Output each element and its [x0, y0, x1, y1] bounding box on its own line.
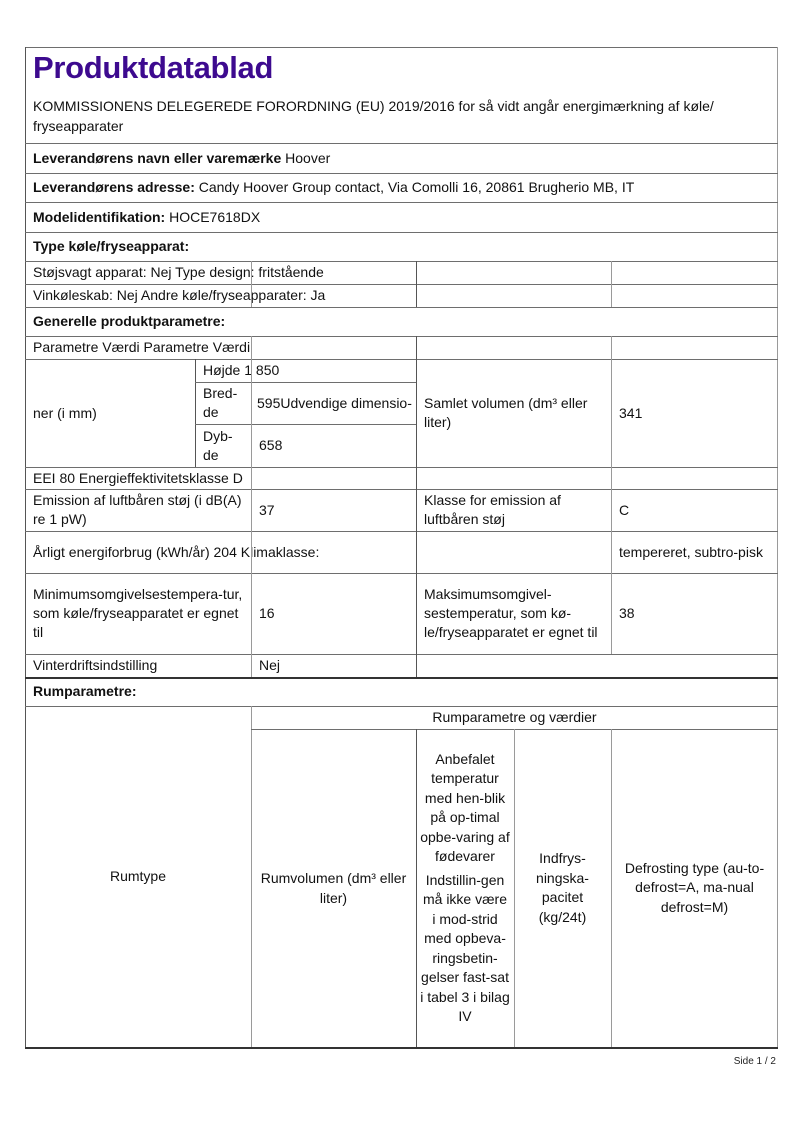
type-row-1: Støjsvagt apparat: Nej Type design: frit…: [25, 261, 416, 284]
winter-setting-label: Vinterdriftsindstilling: [25, 654, 251, 677]
table-gridline: [251, 489, 252, 531]
table-gridline: [416, 489, 417, 531]
dimensions-label: ner (i mm): [25, 359, 195, 467]
climate-class-value: tempereret, subtro-pisk: [611, 531, 778, 573]
table-bottom-border: [25, 1047, 778, 1049]
type-row-2: Vinkøleskab: Nej Andre køle/fryseapparat…: [25, 284, 416, 307]
table-gridline: [251, 359, 252, 467]
width-label: Bred-de: [195, 382, 251, 424]
col-compartment-type: Rumtype: [25, 706, 251, 1047]
supplier-address-label: Leverandørens adresse:: [33, 178, 195, 197]
col-compartment-volume: Rumvolumen (dm³ eller liter): [251, 729, 416, 1047]
model-id-value: HOCE7618DX: [169, 208, 260, 227]
table-gridline: [251, 654, 252, 677]
annual-energy-row: Årligt energiforbrug (kWh/år) 204 Klimak…: [25, 531, 416, 573]
general-heading: Generelle produktparametre:: [33, 312, 225, 331]
noise-label: Emission af luftbåren støj (i dB(A) re 1…: [25, 489, 251, 531]
recommended-temp-text: Anbefalet temperatur med hen-blik på op-…: [420, 750, 510, 867]
compartment-heading-row: Rumparametre:: [25, 677, 778, 706]
supplier-address-value: Candy Hoover Group contact, Via Comolli …: [199, 178, 635, 197]
compartment-group-header: Rumparametre og værdier: [251, 706, 778, 729]
temp-setting-note: Indstillin-gen må ikke være i mod-strid …: [420, 871, 510, 1027]
general-heading-row: Generelle produktparametre:: [25, 307, 778, 336]
page-number: Side 1 / 2: [734, 1056, 776, 1067]
table-gridline: [611, 261, 612, 307]
depth-label: Dyb-de: [195, 424, 251, 467]
table-gridline: [251, 573, 252, 654]
depth-value: 658: [251, 424, 416, 467]
table-gridline: [251, 336, 252, 359]
height-row: Højde 1 850: [195, 359, 416, 382]
page-title: Produktdatablad: [33, 50, 273, 86]
width-value: 595Udvendige dimensio-: [251, 382, 416, 424]
noise-value: 37: [251, 489, 416, 531]
table-gridline: [416, 573, 417, 654]
model-id-row: Modelidentifikation: HOCE7618DX: [25, 202, 778, 232]
table-gridline: [251, 261, 252, 307]
regulation-subtitle: KOMMISSIONENS DELEGEREDE FORORDNING (EU)…: [33, 96, 753, 136]
min-temp-label: Minimumsomgivelsestempera-tur, som køle/…: [25, 573, 251, 654]
noise-class-value: C: [611, 489, 778, 531]
table-gridline: [611, 573, 612, 654]
table-gridline: [416, 531, 417, 573]
table-gridline: [611, 467, 612, 489]
supplier-name-label: Leverandørens navn eller varemærke: [33, 149, 281, 168]
model-id-label: Modelidentifikation:: [33, 208, 165, 227]
max-temp-label: Maksimumsomgivel-sestemperatur, som kø-l…: [416, 573, 611, 654]
supplier-name-value: Hoover: [285, 149, 330, 168]
table-gridline: [611, 489, 612, 531]
col-freezing-capacity: Indfrys-ningska-pacitet (kg/24t): [514, 729, 611, 1047]
compartment-heading: Rumparametre:: [33, 682, 136, 701]
product-data-sheet-page: Produktdatablad KOMMISSIONENS DELEGEREDE…: [0, 0, 802, 1134]
max-temp-value: 38: [611, 573, 778, 654]
winter-setting-value: Nej: [251, 654, 416, 677]
min-temp-value: 16: [251, 573, 416, 654]
supplier-address-row: Leverandørens adresse: Candy Hoover Grou…: [25, 173, 778, 202]
total-volume-label: Samlet volumen (dm³ eller liter): [416, 359, 611, 467]
col-recommended-temp: Anbefalet temperatur med hen-blik på op-…: [416, 729, 514, 1047]
table-gridline: [416, 654, 417, 677]
table-gridline: [251, 531, 252, 573]
type-heading: Type køle/fryseapparat:: [33, 237, 189, 256]
table-gridline: [251, 467, 252, 489]
eei-row: EEI 80 Energieffektivitetsklasse D: [25, 467, 416, 489]
table-gridline: [416, 467, 417, 489]
param-header-row: Parametre Værdi Parametre Værdi: [25, 336, 416, 359]
noise-class-label: Klasse for emission af luftbåren støj: [416, 489, 611, 531]
col-defrosting-type: Defrosting type (au-to-defrost=A, ma-nua…: [611, 729, 778, 1047]
type-heading-row: Type køle/fryseapparat:: [25, 232, 778, 261]
table-top-border: [25, 47, 778, 48]
supplier-name-row: Leverandørens navn eller varemærke Hoove…: [25, 143, 778, 173]
table-gridline: [416, 261, 417, 307]
table-gridline: [611, 531, 612, 573]
total-volume-value: 341: [611, 359, 778, 467]
